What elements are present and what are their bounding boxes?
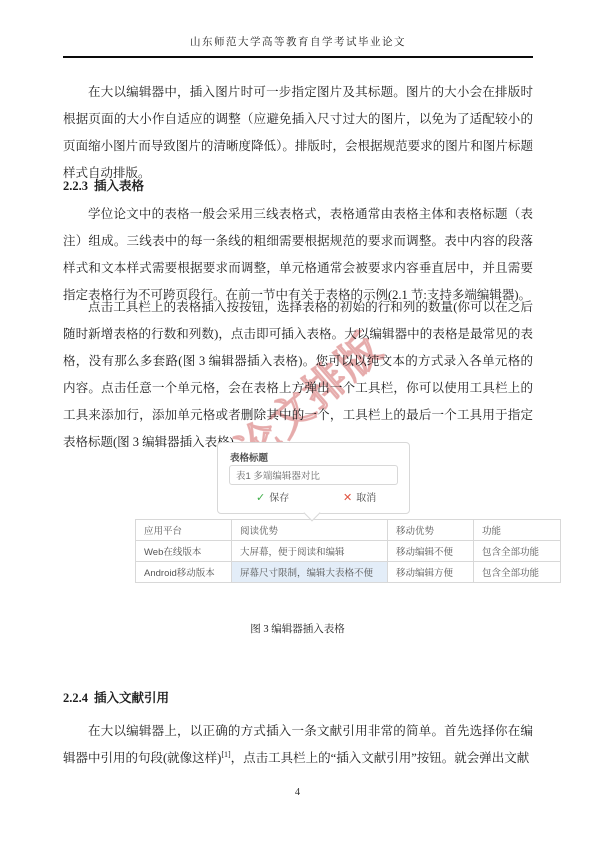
table-header-cell: 阅读优势 <box>232 520 388 541</box>
close-icon: ✕ <box>343 492 352 504</box>
section-title: 插入表格 <box>94 179 144 193</box>
section-number: 2.2.3 <box>63 179 88 193</box>
citation-text-after: ，点击工具栏上的“插入文献引用”按钮。就会弹出文献 <box>231 751 530 765</box>
paragraph-insert-image: 在大以编辑器中，插入图片时可一步指定图片及其标题。图片的大小会在排版时根据页面的… <box>63 79 533 187</box>
table-row: Web在线版本 大屏幕，便于阅读和编辑 移动编辑不便 包含全部功能 <box>136 541 561 562</box>
table-header-cell: 功能 <box>474 520 561 541</box>
figure-dialog-label: 表格标题 <box>230 450 268 464</box>
paragraph-table-insert: 点击工具栏上的表格插入按按钮，选择表格的初始的行和列的数量(你可以在之后随时新增… <box>63 294 533 456</box>
running-header: 山东师范大学高等教育自学考试毕业论文 <box>63 34 533 58</box>
table-header-row: 应用平台 阅读优势 移动优势 功能 <box>136 520 561 541</box>
section-heading-2-2-4: 2.2.4插入文献引用 <box>63 688 533 706</box>
citation-marker: [1] <box>221 749 230 758</box>
table-cell: 包含全部功能 <box>474 562 561 583</box>
figure-cancel-button: ✕取消 <box>343 489 376 504</box>
table-header-cell: 应用平台 <box>136 520 232 541</box>
section-number: 2.2.4 <box>63 691 88 705</box>
figure-table-title-dialog: 表格标题 ✓保存 ✕取消 <box>217 442 410 514</box>
check-icon: ✓ <box>256 492 265 504</box>
table-header-cell: 移动优势 <box>388 520 474 541</box>
table-cell: 移动编辑方便 <box>388 562 474 583</box>
table-cell: 大屏幕，便于阅读和编辑 <box>232 541 388 562</box>
thesis-page: 山东师范大学高等教育自学考试毕业论文 论文排版 在大以编辑器中，插入图片时可一步… <box>0 0 595 842</box>
figure-save-button: ✓保存 <box>256 489 289 504</box>
paragraph-citation: 在大以编辑器上，以正确的方式插入一条文献引用非常的简单。首先选择你在编辑器中引用… <box>63 718 533 772</box>
figure-editor-table: 应用平台 阅读优势 移动优势 功能 Web在线版本 大屏幕，便于阅读和编辑 移动… <box>135 519 561 583</box>
figure-table-title-input <box>229 465 398 485</box>
section-heading-2-2-3: 2.2.3插入表格 <box>63 176 533 194</box>
table-cell: 包含全部功能 <box>474 541 561 562</box>
table-row: Android移动版本 屏幕尺寸限制，编辑大表格不便 移动编辑方便 包含全部功能 <box>136 562 561 583</box>
figure-caption: 图 3 编辑器插入表格 <box>0 621 595 636</box>
figure-save-label: 保存 <box>269 493 289 504</box>
table-cell: 移动编辑不便 <box>388 541 474 562</box>
paragraph-table-style: 学位论文中的表格一般会采用三线表格式，表格通常由表格主体和表格标题（表注）组成。… <box>63 201 533 309</box>
table-cell: Android移动版本 <box>136 562 232 583</box>
table-cell-selected: 屏幕尺寸限制，编辑大表格不便 <box>232 562 388 583</box>
section-title: 插入文献引用 <box>94 691 169 705</box>
figure-cancel-label: 取消 <box>356 493 376 504</box>
page-number: 4 <box>0 787 595 798</box>
table-cell: Web在线版本 <box>136 541 232 562</box>
